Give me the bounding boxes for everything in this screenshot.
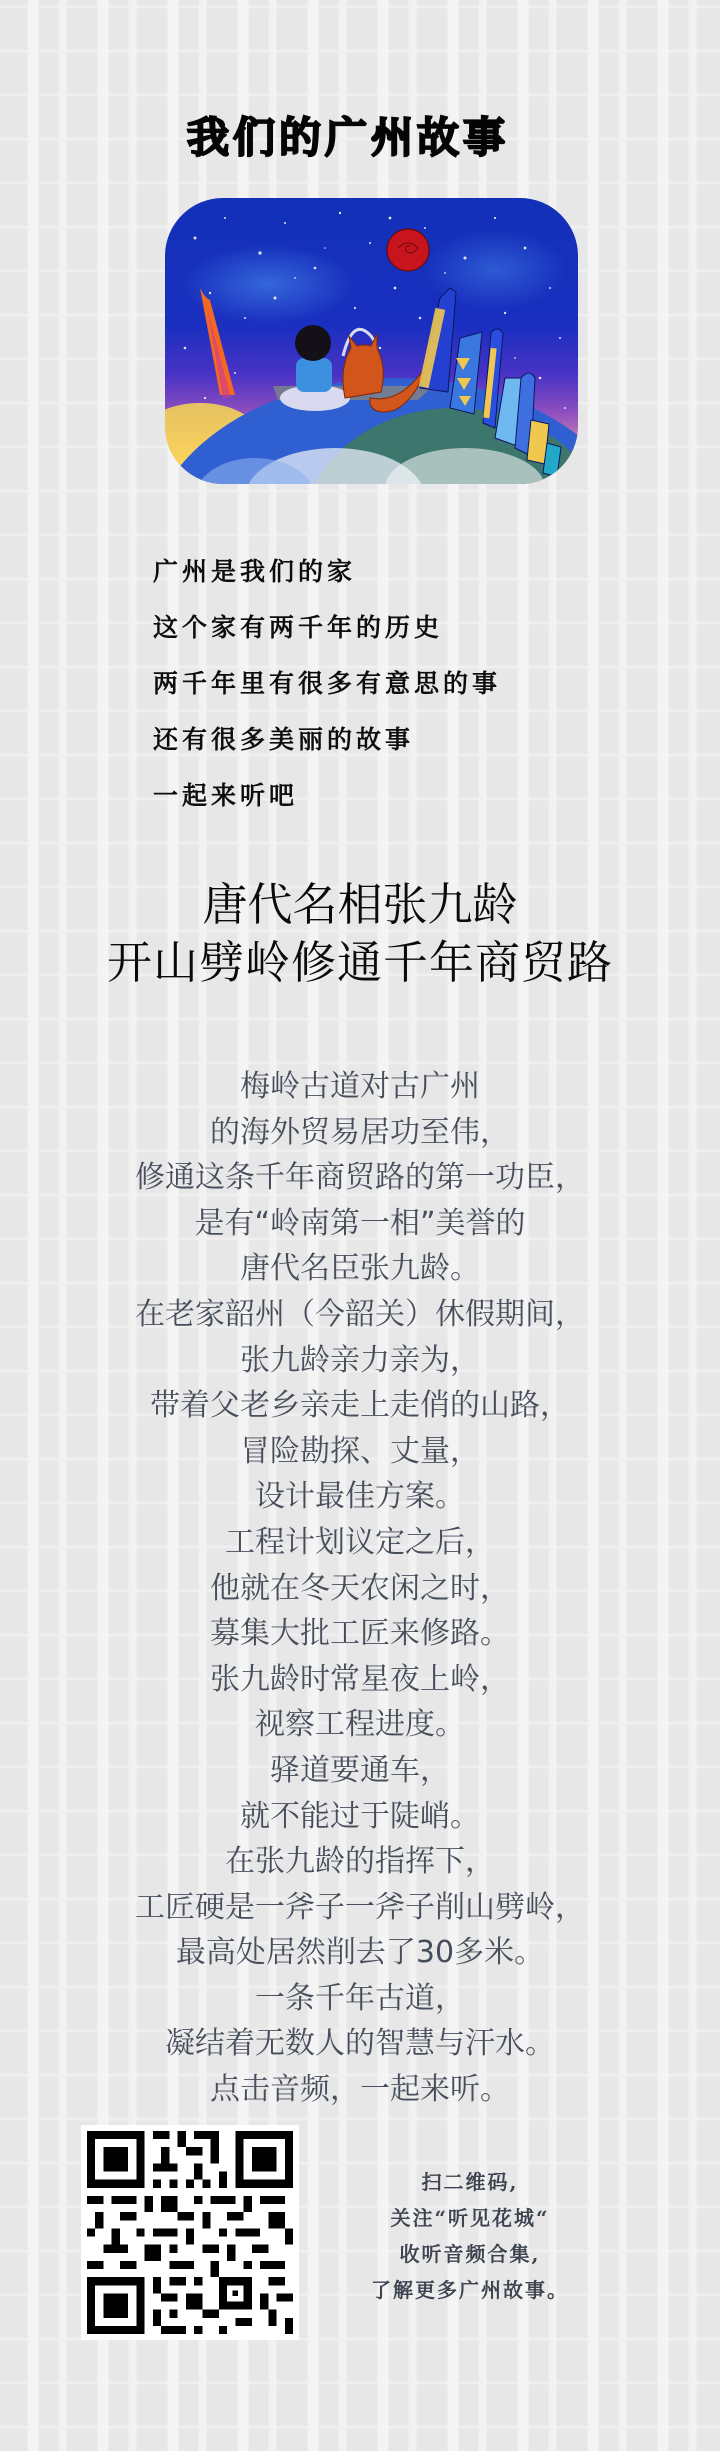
- story-line: 张九龄亲力亲为，: [0, 1338, 720, 1384]
- story-line: 最高处居然削去了30多米。: [0, 1930, 720, 1976]
- story-line: 视察工程进度。: [0, 1702, 720, 1748]
- story-line: 一条千年古道，: [0, 1976, 720, 2022]
- story-line: 冒险勘探、丈量，: [0, 1429, 720, 1475]
- story-line: 工匠硬是一斧子一斧子削山劈岭，: [0, 1885, 720, 1931]
- boy-icon: [280, 325, 350, 411]
- story-heading: 唐代名相张九龄 开山劈岭修通千年商贸路: [0, 876, 720, 992]
- story-line: 驿道要通车，: [0, 1748, 720, 1794]
- qr-instruction-line: 关注“听见花城“: [330, 2200, 610, 2236]
- qr-instruction-line: 扫二维码,: [330, 2164, 610, 2200]
- story-line: 的海外贸易居功至伟，: [0, 1110, 720, 1156]
- qr-instructions: 扫二维码, 关注“听见花城“ 收听音频合集, 了解更多广州故事。: [330, 2164, 610, 2308]
- qr-instruction-line: 收听音频合集,: [330, 2236, 610, 2272]
- story-line: 唐代名臣张九龄。: [0, 1246, 720, 1292]
- qr-code-icon: [87, 2131, 293, 2334]
- story-body: 梅岭古道对古广州 的海外贸易居功至伟， 修通这条千年商贸路的第一功臣， 是有“岭…: [0, 1064, 720, 2113]
- qr-instruction-line: 了解更多广州故事。: [330, 2272, 610, 2308]
- story-line[interactable]: 点击音频，一起来听。: [0, 2067, 720, 2113]
- story-line: 募集大批工匠来修路。: [0, 1611, 720, 1657]
- poem-line: 这个家有两千年的历史: [153, 608, 501, 664]
- story-line: 梅岭古道对古广州: [0, 1064, 720, 1110]
- poem-line: 一起来听吧: [153, 776, 501, 832]
- red-rose-icon: [387, 229, 429, 271]
- poem-line: 广州是我们的家: [153, 552, 501, 608]
- story-line: 带着父老乡亲走上走俏的山路，: [0, 1383, 720, 1429]
- story-line: 修通这条千年商贸路的第一功臣，: [0, 1155, 720, 1201]
- cover-illustration: [165, 198, 578, 484]
- starry-night-earth-illustration: [165, 198, 578, 484]
- story-heading-line: 唐代名相张九龄: [0, 876, 720, 934]
- story-heading-line: 开山劈岭修通千年商贸路: [0, 934, 720, 992]
- story-line: 就不能过于陡峭。: [0, 1794, 720, 1840]
- story-line: 在张九龄的指挥下，: [0, 1839, 720, 1885]
- intro-poem: 广州是我们的家 这个家有两千年的历史 两千年里有很多有意思的事 还有很多美丽的故…: [153, 552, 501, 832]
- page-title: 我们的广州故事: [0, 112, 696, 164]
- canton-tower-icon: [200, 288, 235, 395]
- story-line: 在老家韶州（今韶关）休假期间，: [0, 1292, 720, 1338]
- story-line: 工程计划议定之后，: [0, 1520, 720, 1566]
- story-line: 张九龄时常星夜上岭，: [0, 1657, 720, 1703]
- poem-line: 还有很多美丽的故事: [153, 720, 501, 776]
- story-line: 是有“岭南第一相”美誉的: [0, 1201, 720, 1247]
- poem-line: 两千年里有很多有意思的事: [153, 664, 501, 720]
- qr-code[interactable]: [81, 2125, 299, 2340]
- story-line: 凝结着无数人的智慧与汗水。: [0, 2021, 720, 2067]
- story-line: 设计最佳方案。: [0, 1474, 720, 1520]
- story-line: 他就在冬天农闲之时，: [0, 1566, 720, 1612]
